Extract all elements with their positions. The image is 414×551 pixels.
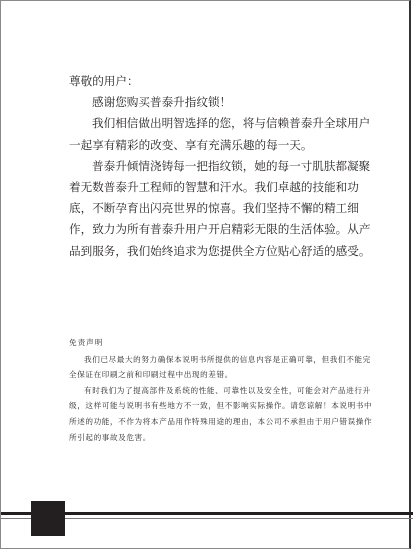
letter-paragraph: 普泰升倾情浇铸每一把指纹锁，她的每一寸肌肤都凝聚着无数普泰升工程师的智慧和汗水。… [69,156,373,262]
document-page: 尊敬的用户： 感谢您购买普泰升指纹锁！ 我们相信做出明智选择的您，将与信赖普泰升… [0,0,411,549]
greeting: 尊敬的用户： [69,71,373,92]
letter-paragraph: 我们相信做出明智选择的您，将与信赖普泰升全球用户一起享有精彩的改变、享有充满乐趣… [69,113,373,155]
disclaimer-paragraph: 我们已尽最大的努力确保本说明书所提供的信息内容是正确可靠，但我们不能完全保证在印… [69,352,375,383]
welcome-letter: 尊敬的用户： 感谢您购买普泰升指纹锁！ 我们相信做出明智选择的您，将与信赖普泰升… [69,71,373,262]
letter-paragraph: 感谢您购买普泰升指纹锁！ [69,92,373,113]
disclaimer-title: 免责声明 [69,335,375,351]
page-marker-block [31,501,65,536]
disclaimer-section: 免责声明 我们已尽最大的努力确保本说明书所提供的信息内容是正确可靠，但我们不能完… [69,335,375,445]
disclaimer-paragraph: 有时我们为了提高部件及系统的性能、可靠性以及安全性，可能会对产品进行升级，这样可… [69,383,375,445]
